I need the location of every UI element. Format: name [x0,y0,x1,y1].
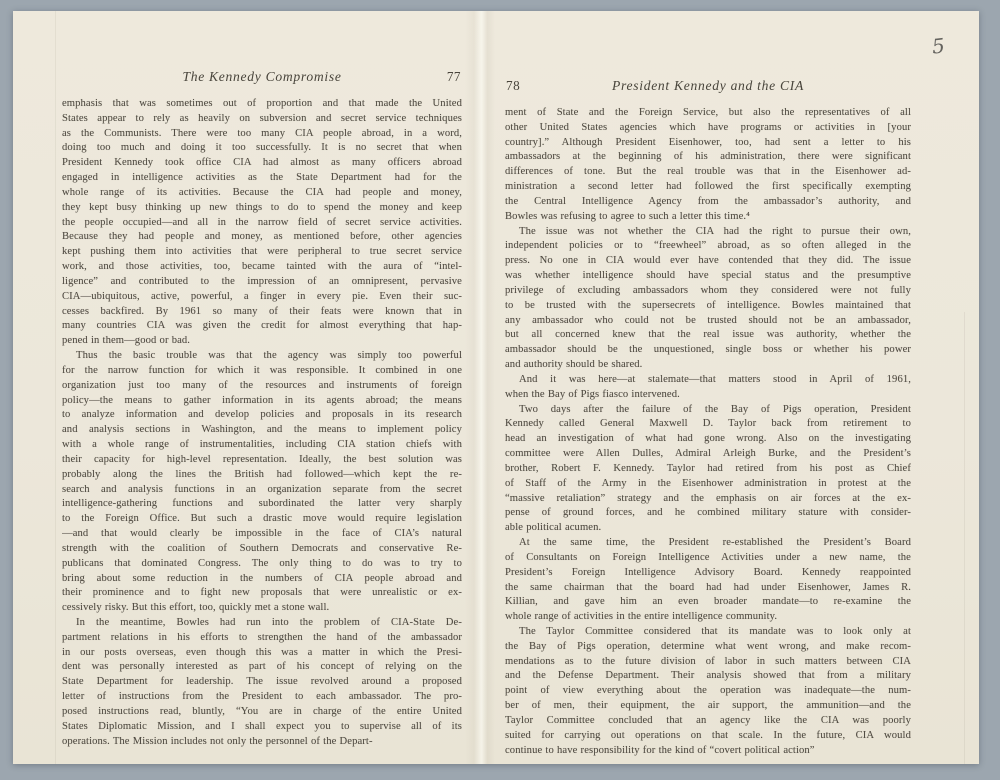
text-line: States Diplomatic Mission, and I shall e… [62,720,462,735]
text-line: committee were Allen Dulles, Admiral Arl… [505,447,911,462]
text-line: in our posts overseas, even though this … [62,646,462,661]
text-line: emphasis that was sometimes out of propo… [62,97,462,112]
text-line: Killian, and gave him an even broader ma… [505,595,911,610]
text-line: The Taylor Committee considered that its… [505,625,911,640]
text-line: for the narrow function for which it was… [62,364,462,379]
paragraph: Thus the basic trouble was that the agen… [62,349,462,616]
text-line: of Staff of the Army in the Eisenhower a… [505,477,911,492]
text-line: many countries CIA was given the credit … [62,319,462,334]
paragraph: ment of State and the Foreign Service, b… [505,106,911,225]
right-page-header: 78 President Kennedy and the CIA [505,78,911,99]
page-number: 77 [447,69,461,85]
text-line: country].” Although President Eisenhower… [505,136,911,151]
text-line: “massive retaliation” strategy and the e… [505,492,911,507]
text-line: —and that would clearly be impossible in… [62,527,462,542]
text-line: States appear to rely as heavily on subv… [62,112,462,127]
paragraph: emphasis that was sometimes out of propo… [62,97,462,349]
text-line: brother, Robert F. Kennedy. Taylor had r… [505,462,911,477]
paragraph: The issue was not whether the CIA had th… [505,225,911,373]
text-line: kept pushing them into activities that w… [62,245,462,260]
text-line: Because they had people and money, as me… [62,230,462,245]
text-line: operations. The Mission includes not onl… [62,735,462,750]
text-line: publicans that dominated Congress. The o… [62,557,462,572]
text-line: and the Defense Department. Their analys… [505,669,911,684]
text-line: press. No one in CIA would ever have con… [505,254,911,269]
underpage-edge-left [55,11,56,764]
text-line: to the Foreign Office. But such a drasti… [62,512,462,527]
text-line: Two days after the failure of the Bay of… [505,403,911,418]
text-line: bring about some reduction in the number… [62,572,462,587]
text-line: the same chairman that the board had had… [505,581,911,596]
text-line: ber of men, their equipment, the air sup… [505,699,911,714]
text-line: privilege of excluding ambassadors whom … [505,284,911,299]
text-line: mendations as to the future division of … [505,655,911,670]
running-head: President Kennedy and the CIA [505,78,911,94]
underpage-edge-right [964,312,965,764]
text-line: And it was here—at stalemate—that matter… [505,373,911,388]
paragraph: At the same time, the President re-estab… [505,536,911,625]
text-line: strength with the coalition of Southern … [62,542,462,557]
text-line: point of view everything about the opera… [505,684,911,699]
text-line: ment of State and the Foreign Service, b… [505,106,911,121]
text-line: independent policies or to “freewheel” a… [505,239,911,254]
text-line: The issue was not whether the CIA had th… [505,225,911,240]
text-line: CIA—ubiquitous, active, powerful, a fing… [62,290,462,305]
text-line: their capacity for high-level representa… [62,453,462,468]
text-line: suited for carrying out operations on th… [505,729,911,744]
text-line: and authority should be shared. [505,358,911,373]
text-line: probably along the lines the British had… [62,468,462,483]
text-line: Bowles was refusing to agree to such a l… [505,210,911,225]
text-line: any ambassador who could not be trusted … [505,314,911,329]
text-line: Kennedy called General Maxwell D. Taylor… [505,417,911,432]
text-line: Taylor Committee concluded that an agenc… [505,714,911,729]
text-line: letter of instructions from the Presiden… [62,690,462,705]
text-line: In the meantime, Bowles had run into the… [62,616,462,631]
right-page-body: ment of State and the Foreign Service, b… [505,106,911,758]
text-line: pened in them—good or bad. [62,334,462,349]
text-line: doing too much and doing it too successf… [62,141,462,156]
text-line: of Consultants on Foreign Intelligence A… [505,551,911,566]
text-line: differences of tone. But the real troubl… [505,165,911,180]
text-line: partment relations in his efforts to str… [62,631,462,646]
page-gutter [465,11,495,764]
text-line: ligence” and contributed to the impressi… [62,275,462,290]
text-line: President’s Foreign Intelligence Advisor… [505,566,911,581]
text-line: Thus the basic trouble was that the agen… [62,349,462,364]
text-line: intelligence-gathering functions and sub… [62,497,462,512]
text-line: ambassador should be the unquestioned, s… [505,343,911,358]
text-line: the Bay of Pigs operation, determine wha… [505,640,911,655]
text-line: with a whole range of instrumentalities,… [62,438,462,453]
text-line: work, and those activities, too, became … [62,260,462,275]
text-line: search and analysis functions in an orga… [62,483,462,498]
text-line: posed instructions read, bluntly, “You a… [62,705,462,720]
text-line: State Department for leadership. The iss… [62,675,462,690]
paragraph: In the meantime, Bowles had run into the… [62,616,462,749]
text-line: continue to have responsibility for the … [505,744,911,759]
text-line: they kept busy thinking up new things to… [62,201,462,216]
paragraph: The Taylor Committee considered that its… [505,625,911,758]
handwritten-mark: 5 [931,33,946,58]
text-line: pense of ground forces, and he combined … [505,506,911,521]
left-page-header: The Kennedy Compromise 77 [62,69,462,90]
text-line: dent was personally interested as part o… [62,660,462,675]
text-line: the people occupied—and all in the narro… [62,216,462,231]
text-line: their prominence and to fight new propos… [62,586,462,601]
text-line: and analysis sections in Washington, and… [62,423,462,438]
text-line: to be trusted with the supersecrets of i… [505,299,911,314]
text-line: ministration a second letter had followe… [505,180,911,195]
text-line: as the Communists. There were too many C… [62,127,462,142]
right-page: 78 President Kennedy and the CIA ment of… [505,11,911,758]
text-line: cessively risky. But this effort, too, q… [62,601,462,616]
left-page: The Kennedy Compromise 77 emphasis that … [62,11,462,749]
running-head: The Kennedy Compromise [62,69,462,85]
text-line: able political acumen. [505,521,911,536]
text-line: whole range of activities in the entire … [505,610,911,625]
paragraph: And it was here—at stalemate—that matter… [505,373,911,403]
text-line: engaged in intelligence activities as th… [62,171,462,186]
text-line: whole range of its activities. Because t… [62,186,462,201]
text-line: organization just too many of the resour… [62,379,462,394]
paragraph: Two days after the failure of the Bay of… [505,403,911,536]
left-page-body: emphasis that was sometimes out of propo… [62,97,462,749]
text-line: President Kennedy took office CIA had al… [62,156,462,171]
text-line: policy—the means to gather information i… [62,394,462,409]
text-line: when the Bay of Pigs fiasco intervened. [505,388,911,403]
text-line: the Central Intelligence Agency from the… [505,195,911,210]
text-line: At the same time, the President re-estab… [505,536,911,551]
book-scan: The Kennedy Compromise 77 emphasis that … [13,11,979,764]
text-line: ambassadors at the beginning of his admi… [505,150,911,165]
text-line: other United States agencies which have … [505,121,911,136]
text-line: to analyze information and develop polic… [62,408,462,423]
text-line: head an investigation of what had gone w… [505,432,911,447]
text-line: cesses backfired. By 1961 so many of the… [62,305,462,320]
text-line: but all concerned knew that the real iss… [505,328,911,343]
text-line: was whether intelligence should have spe… [505,269,911,284]
